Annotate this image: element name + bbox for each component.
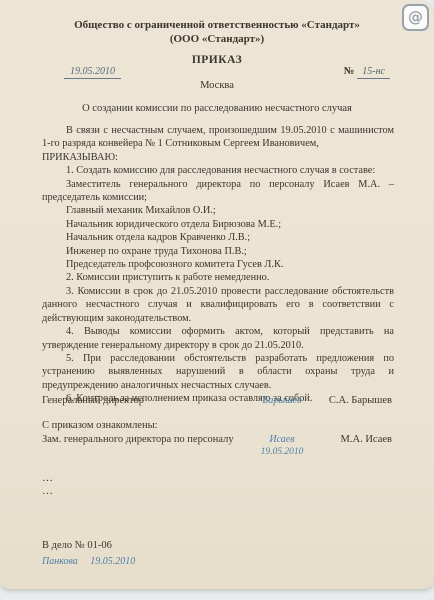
organization-short-name: (ООО «Стандарт»): [0, 33, 434, 45]
intro-paragraph: В связи с несчастным случаем, произошедш…: [42, 124, 394, 151]
document-type-title: ПРИКАЗ: [0, 54, 434, 66]
document-subject: О создании комиссии по расследованию нес…: [0, 103, 434, 114]
document-date: 19.05.2010: [64, 66, 121, 79]
case-file-label: В дело № 01-06: [42, 540, 112, 551]
committee-member-2: Начальник юридического отдела Бирюзова М…: [42, 218, 394, 231]
clerk-date: 19.05.2010: [90, 556, 135, 567]
order-word: ПРИКАЗЫВАЮ:: [42, 151, 394, 164]
deputy-title: Зам. генерального директора по персоналу: [42, 434, 257, 445]
committee-member-1: Главный механик Михайлов О.И.;: [42, 204, 394, 217]
organization-name: Общество с ограниченной ответственностью…: [0, 19, 434, 32]
number-value: 15-нс: [357, 66, 390, 79]
deputy-name: М.А. Исаев: [307, 434, 392, 445]
ellipsis-lines: … …: [42, 472, 53, 498]
order-body: В связи с несчастным случаем, произошедш…: [42, 124, 394, 406]
director-name: С.А. Барышев: [307, 395, 392, 406]
number-sign: №: [344, 66, 355, 77]
clerk-signature-line: Панкова 19.05.2010: [42, 556, 135, 567]
order-item-1: 1. Создать комиссию для расследования не…: [42, 164, 394, 177]
site-watermark-icon: @: [402, 4, 429, 31]
director-signature-row: Генеральный директор Барышев С.А. Барыше…: [42, 395, 392, 406]
order-item-5: 5. При расследовании обстоятельств разра…: [42, 352, 394, 392]
order-document-page: Общество с ограниченной ответственностью…: [0, 0, 434, 589]
clerk-handwritten-signature: Панкова: [42, 556, 78, 567]
director-title: Генеральный директор: [42, 395, 257, 406]
order-item-3: 3. Комиссии в срок до 21.05.2010 провест…: [42, 285, 394, 325]
ellipsis-line-2: …: [42, 485, 53, 498]
document-city: Москва: [0, 80, 434, 91]
committee-chairman: Заместитель генерального директора по пе…: [42, 178, 394, 205]
committee-member-5: Председатель профсоюзного комитета Гусев…: [42, 258, 394, 271]
deputy-handwritten-signature: Исаев 19.05.2010: [257, 434, 307, 457]
document-number: №15-нс: [344, 66, 390, 77]
committee-member-4: Инженер по охране труда Тихонова П.В.;: [42, 245, 394, 258]
order-item-2: 2. Комиссии приступить к работе немедлен…: [42, 271, 394, 284]
committee-member-3: Начальник отдела кадров Кравченко Л.В.;: [42, 231, 394, 244]
ellipsis-line-1: …: [42, 472, 53, 485]
deputy-signature-text: Исаев: [269, 434, 294, 445]
deputy-signature-row: Зам. генерального директора по персоналу…: [42, 434, 392, 457]
deputy-signature-date: 19.05.2010: [257, 447, 307, 457]
director-handwritten-signature: Барышев: [257, 395, 307, 406]
order-item-4: 4. Выводы комиссии оформить актом, котор…: [42, 325, 394, 352]
screenshot-stage: Общество с ограниченной ответственностью…: [0, 0, 434, 600]
acknowledged-label: С приказом ознакомлены:: [42, 420, 158, 431]
